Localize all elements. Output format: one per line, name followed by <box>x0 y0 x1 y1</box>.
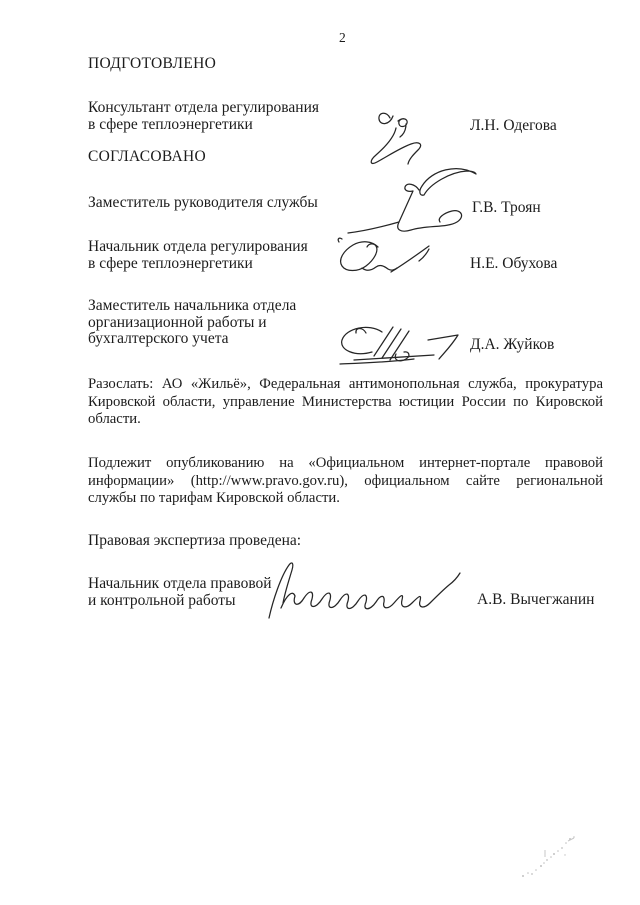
signatory-title-consultant: Консультант отдела регулирования в сфере… <box>88 100 319 133</box>
signature-zhuikov <box>336 321 466 366</box>
title-line: Заместитель начальника отдела <box>88 298 296 315</box>
signatory-title-deputy-head: Заместитель руководителя службы <box>88 195 318 212</box>
title-line: в сфере теплоэнергетики <box>88 117 319 134</box>
signatory-title-deputy-accounting: Заместитель начальника отдела организаци… <box>88 298 296 348</box>
scan-artifact <box>508 830 588 882</box>
signatory-name-obukhova: Н.Е. Обухова <box>470 255 557 273</box>
heading-agreed: СОГЛАСОВАНО <box>88 149 206 166</box>
title-line: Начальник отдела регулирования <box>88 239 308 256</box>
signatory-name-vychegzhanin: А.В. Вычегжанин <box>477 591 594 609</box>
signatory-title-regulation-head: Начальник отдела регулирования в сфере т… <box>88 239 308 272</box>
paragraph-line: Подлежит опубликованию на «Официальном и… <box>88 455 603 473</box>
signatory-name-troyan: Г.В. Троян <box>472 199 541 217</box>
paragraph-line: информации» (http://www.pravo.gov.ru), о… <box>88 473 603 491</box>
signature-obukhova <box>336 236 438 282</box>
paragraph-line: области. <box>88 411 603 429</box>
signature-troyan <box>344 161 480 239</box>
signatory-name-odegova: Л.Н. Одегова <box>470 117 557 135</box>
title-line: и контрольной работы <box>88 593 272 610</box>
paragraph-line: Кировской области, управление Министерст… <box>88 394 603 412</box>
publication-paragraph: Подлежит опубликованию на «Официальном и… <box>88 455 603 508</box>
title-line: Консультант отдела регулирования <box>88 100 319 117</box>
heading-prepared: ПОДГОТОВЛЕНО <box>88 56 216 73</box>
paragraph-line: Разослать: АО «Жильё», Федеральная антим… <box>88 376 603 394</box>
signature-vychegzhanin <box>262 561 464 621</box>
title-line: Заместитель руководителя службы <box>88 195 318 212</box>
title-line: организационной работы и <box>88 315 296 332</box>
title-line: Начальник отдела правовой <box>88 576 272 593</box>
paragraph-line: службы по тарифам Кировской области. <box>88 490 603 508</box>
distribution-paragraph: Разослать: АО «Жильё», Федеральная антим… <box>88 376 603 429</box>
heading-legal-review: Правовая экспертиза проведена: <box>88 533 301 550</box>
page-number: 2 <box>339 30 346 47</box>
signature-odegova <box>366 109 430 169</box>
signatory-name-zhuikov: Д.А. Жуйков <box>470 336 554 354</box>
title-line: в сфере теплоэнергетики <box>88 256 308 273</box>
signatory-title-legal-head: Начальник отдела правовой и контрольной … <box>88 576 272 609</box>
title-line: бухгалтерского учета <box>88 331 296 348</box>
document-page: 2 ПОДГОТОВЛЕНО Консультант отдела регули… <box>0 0 640 905</box>
